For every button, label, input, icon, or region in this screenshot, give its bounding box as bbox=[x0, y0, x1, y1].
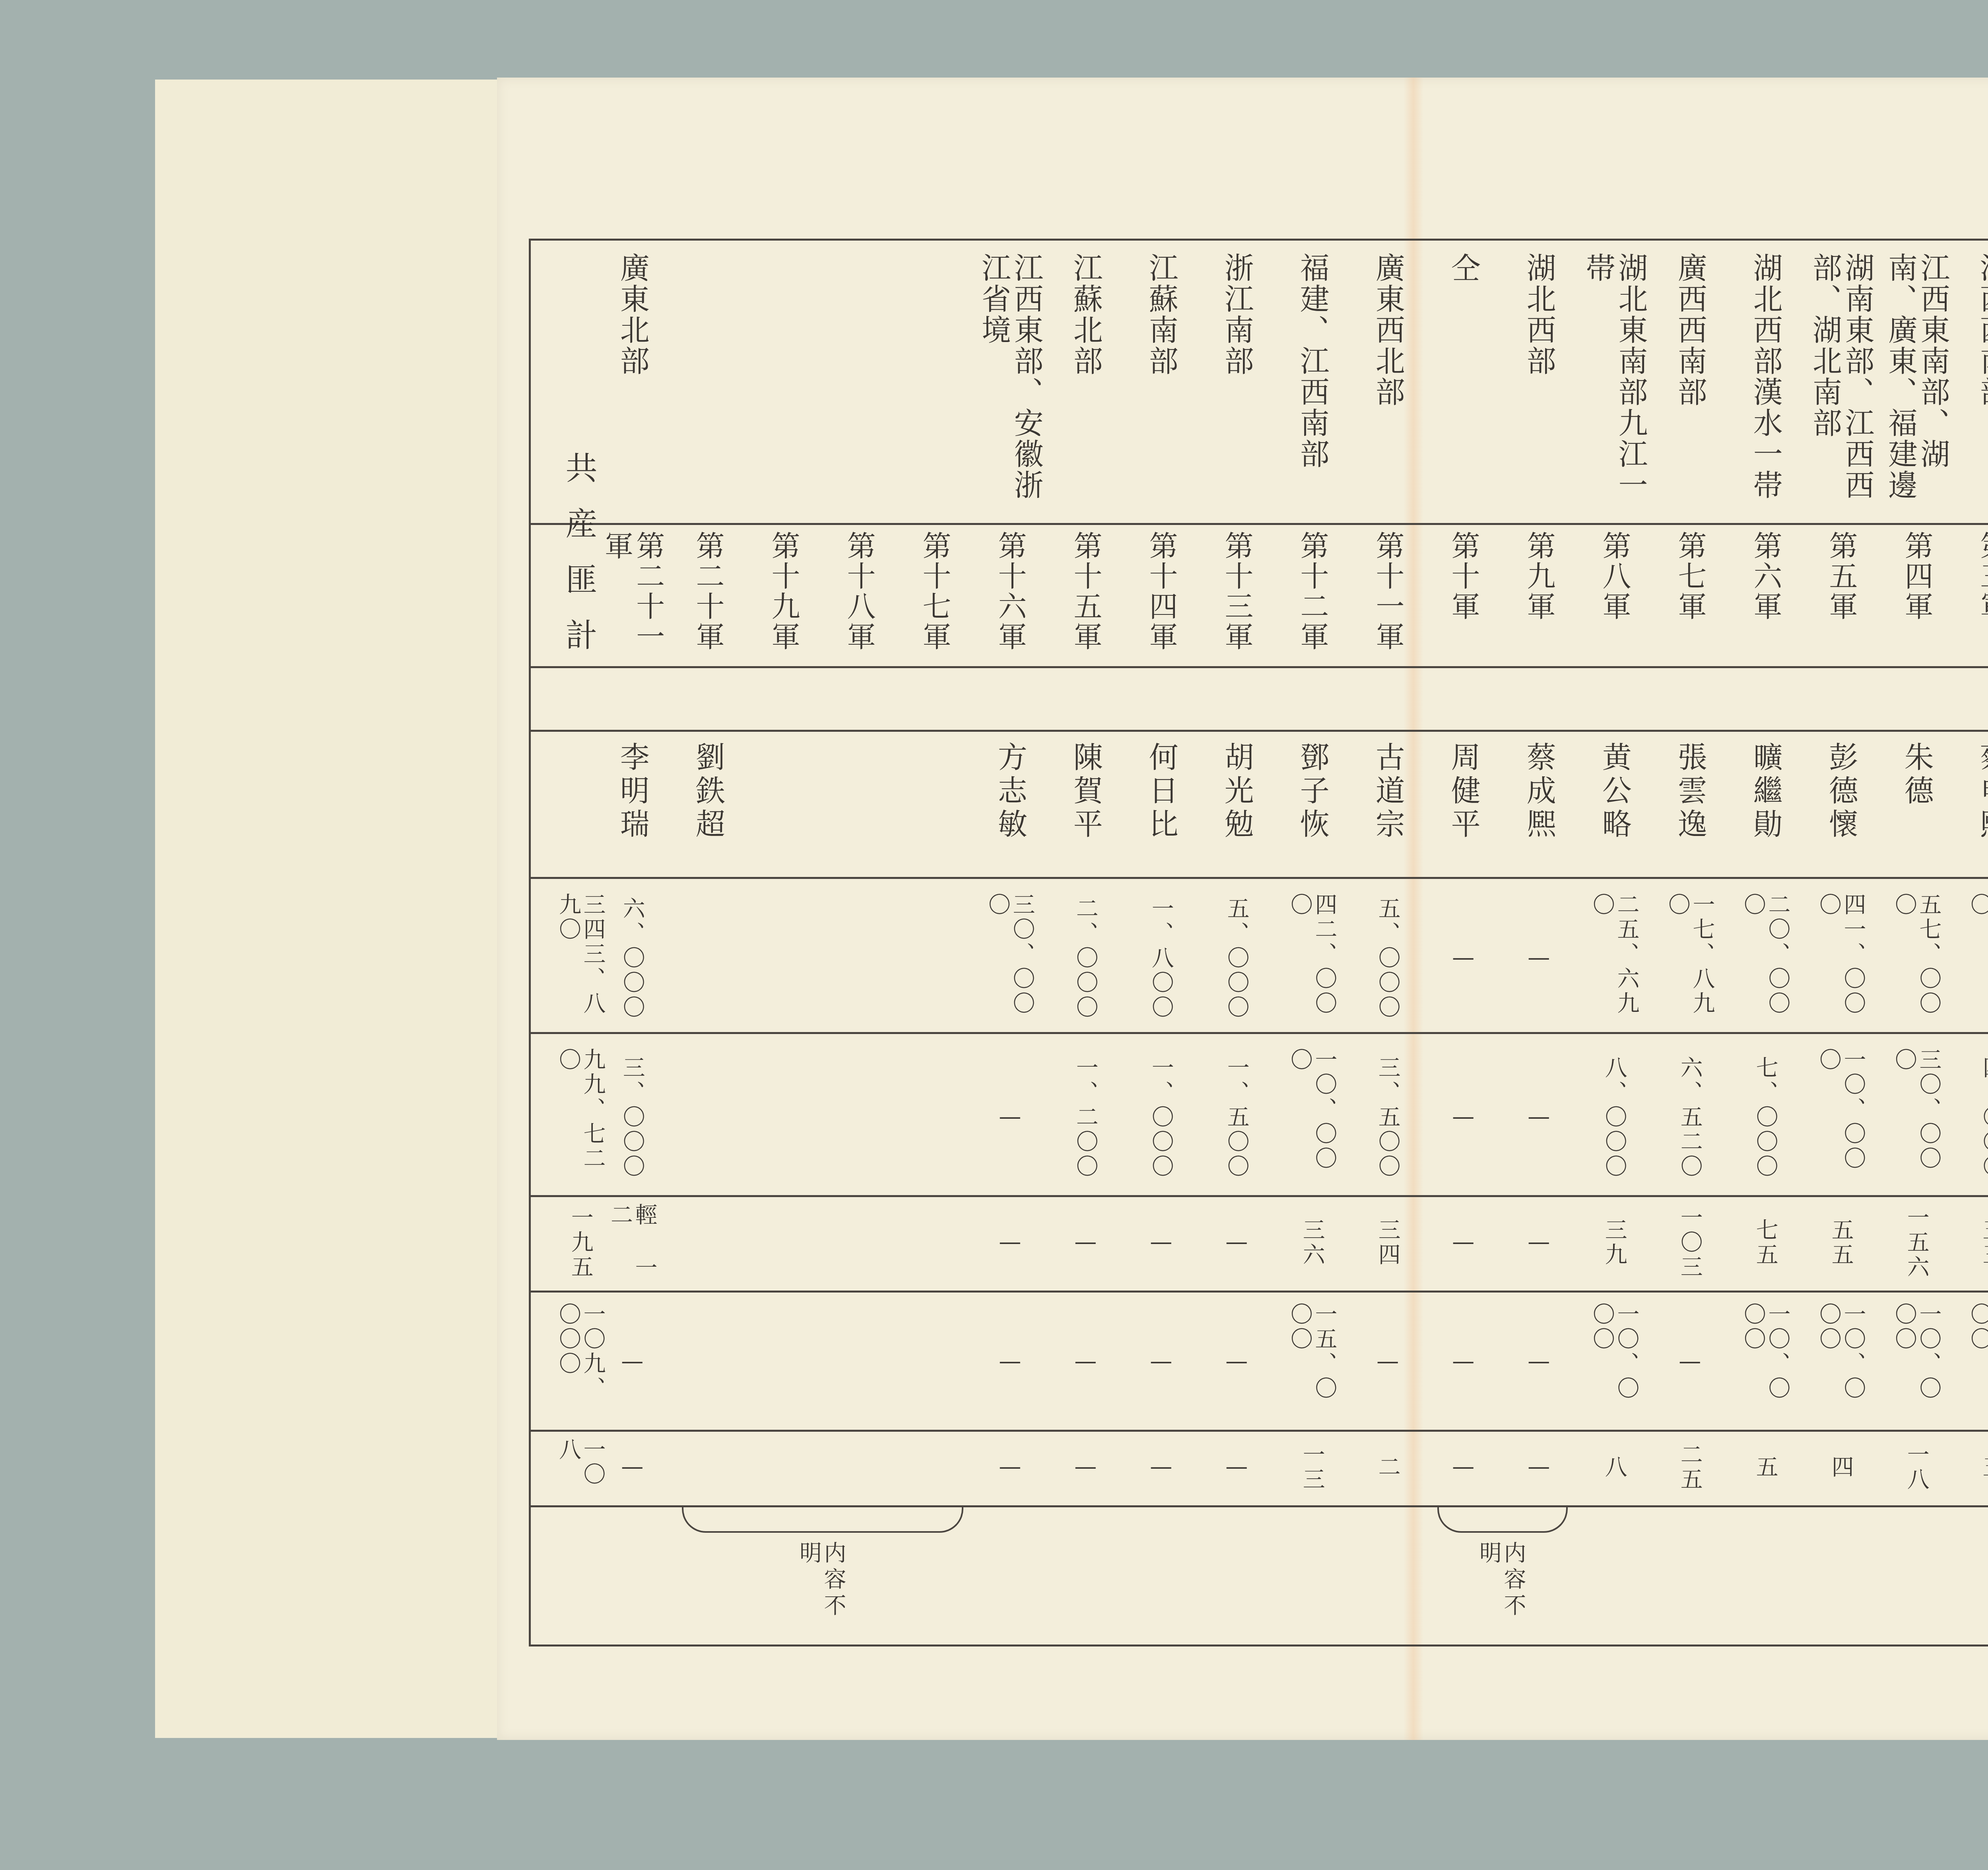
blank-left-page bbox=[155, 80, 513, 1738]
total-artillery: 一〇八 bbox=[547, 1438, 614, 1497]
row-unit: 第五軍 bbox=[1803, 531, 1879, 658]
row-commander bbox=[821, 742, 897, 865]
row-artillery: 一八 bbox=[1879, 1438, 1954, 1497]
row-artillery: — bbox=[1123, 1438, 1199, 1497]
row-unit: 第二十軍 bbox=[670, 531, 745, 658]
row-heavy-mg: 七五 bbox=[1728, 1203, 1803, 1283]
row-personnel: 二八、〇〇〇 bbox=[1954, 893, 1988, 1024]
row-location: 福建、江西南部 bbox=[1274, 253, 1350, 511]
row-location: 江西東南部、湖南、廣東、福建邊 bbox=[1879, 253, 1954, 511]
row-divider bbox=[531, 877, 1988, 879]
row-location: 江西西南部 bbox=[1954, 253, 1988, 511]
row-small-arms: — bbox=[1501, 1048, 1576, 1187]
row-artillery: — bbox=[1425, 1438, 1501, 1497]
row-heavy-mg bbox=[897, 1203, 972, 1283]
row-small-arms bbox=[821, 1048, 897, 1187]
row-personnel: — bbox=[1425, 893, 1501, 1024]
row-light-mg bbox=[745, 1302, 821, 1422]
remark-note: 内容不明 bbox=[797, 1541, 845, 1645]
row-heavy-mg: — bbox=[1425, 1203, 1501, 1283]
row-artillery: 八 bbox=[1576, 1438, 1652, 1497]
row-light-mg: 一五、〇〇〇 bbox=[1274, 1302, 1350, 1422]
row-small-arms: 一、五〇〇 bbox=[1199, 1048, 1274, 1187]
row-personnel: 五、〇〇〇 bbox=[1350, 893, 1425, 1024]
row-location bbox=[897, 253, 972, 511]
row-heavy-mg: 五五 bbox=[1803, 1203, 1879, 1283]
row-commander: 彭德懷 bbox=[1803, 742, 1879, 865]
row-personnel: 四二、〇〇〇 bbox=[1274, 893, 1350, 1024]
row-location: 浙江南部 bbox=[1199, 253, 1274, 511]
row-light-mg bbox=[897, 1302, 972, 1422]
row-heavy-mg: — bbox=[1199, 1203, 1274, 1283]
row-personnel: 二〇、〇〇〇 bbox=[1728, 893, 1803, 1024]
row-unit: 第八軍 bbox=[1576, 531, 1652, 658]
row-personnel: — bbox=[1501, 893, 1576, 1024]
row-unit: 第十九軍 bbox=[745, 531, 821, 658]
row-light-mg: — bbox=[1652, 1302, 1728, 1422]
row-artillery bbox=[897, 1438, 972, 1497]
row-heavy-mg bbox=[670, 1203, 745, 1283]
row-small-arms: 三、五〇〇 bbox=[1350, 1048, 1425, 1187]
row-location: 廣東西北部 bbox=[1350, 253, 1425, 511]
row-commander: 張雲逸 bbox=[1652, 742, 1728, 865]
row-small-arms: 四、〇〇〇 bbox=[1954, 1048, 1988, 1187]
row-unit: 第七軍 bbox=[1652, 531, 1728, 658]
row-artillery bbox=[821, 1438, 897, 1497]
row-light-mg: — bbox=[972, 1302, 1048, 1422]
row-artillery: 二 bbox=[1350, 1438, 1425, 1497]
row-personnel: 一七、八九〇 bbox=[1652, 893, 1728, 1024]
row-heavy-mg: 五三 bbox=[1954, 1203, 1988, 1283]
total-light-mg: 一〇九、〇〇〇 bbox=[547, 1302, 614, 1422]
row-commander: 何日比 bbox=[1123, 742, 1199, 865]
row-divider bbox=[531, 1032, 1988, 1034]
row-artillery bbox=[670, 1438, 745, 1497]
row-heavy-mg: 三九 bbox=[1576, 1203, 1652, 1283]
row-small-arms: 一、二〇〇 bbox=[1048, 1048, 1123, 1187]
row-location: 湖北西部 bbox=[1501, 253, 1576, 511]
row-location: 湖北西部漢水一帯 bbox=[1728, 253, 1803, 511]
row-artillery: 一三 bbox=[1274, 1438, 1350, 1497]
row-light-mg: 一〇、〇〇〇 bbox=[1879, 1302, 1954, 1422]
row-small-arms bbox=[897, 1048, 972, 1187]
row-commander: 黄公略 bbox=[1576, 742, 1652, 865]
row-commander: 周健平 bbox=[1425, 742, 1501, 865]
row-artillery: — bbox=[1199, 1438, 1274, 1497]
total-small-arms: 九九、七二〇 bbox=[547, 1048, 614, 1187]
row-heavy-mg: 三六 bbox=[1274, 1203, 1350, 1283]
row-commander: 劉鉄超 bbox=[670, 742, 745, 865]
row-unit: 第六軍 bbox=[1728, 531, 1803, 658]
row-light-mg: — bbox=[1048, 1302, 1123, 1422]
row-location: 江蘇北部 bbox=[1048, 253, 1123, 511]
row-divider bbox=[531, 730, 1988, 732]
row-personnel: 四一、〇〇〇 bbox=[1803, 893, 1879, 1024]
row-location: 湖北東南部九江一帯 bbox=[1576, 253, 1652, 511]
row-unit: 第十六軍 bbox=[972, 531, 1048, 658]
row-heavy-mg bbox=[745, 1203, 821, 1283]
row-unit: 第十八軍 bbox=[821, 531, 897, 658]
row-commander: 古道宗 bbox=[1350, 742, 1425, 865]
row-location bbox=[670, 253, 745, 511]
row-small-arms: — bbox=[1425, 1048, 1501, 1187]
row-unit: 第九軍 bbox=[1501, 531, 1576, 658]
row-commander: 蔡成熈 bbox=[1501, 742, 1576, 865]
row-personnel: 二、〇〇〇 bbox=[1048, 893, 1123, 1024]
total-heavy-mg: 一九五 bbox=[547, 1203, 614, 1283]
row-light-mg: — bbox=[1501, 1302, 1576, 1422]
row-personnel: 三〇、〇〇〇 bbox=[972, 893, 1048, 1024]
row-unit: 第十五軍 bbox=[1048, 531, 1123, 658]
row-divider bbox=[531, 666, 1988, 668]
row-artillery: 二五 bbox=[1652, 1438, 1728, 1497]
row-location: 仝 bbox=[1425, 253, 1501, 511]
row-artillery: — bbox=[1048, 1438, 1123, 1497]
row-unit: 第三軍 bbox=[1954, 531, 1988, 658]
row-heavy-mg: — bbox=[972, 1203, 1048, 1283]
row-light-mg: — bbox=[1123, 1302, 1199, 1422]
row-commander: 曠繼勛 bbox=[1728, 742, 1803, 865]
row-light-mg bbox=[821, 1302, 897, 1422]
total-personnel: 三四三、八九〇 bbox=[547, 893, 614, 1024]
row-divider bbox=[531, 523, 1988, 525]
row-personnel bbox=[897, 893, 972, 1024]
row-small-arms: — bbox=[972, 1048, 1048, 1187]
row-artillery: 四 bbox=[1803, 1438, 1879, 1497]
row-personnel bbox=[821, 893, 897, 1024]
row-personnel bbox=[745, 893, 821, 1024]
row-light-mg: 一五、〇〇〇 bbox=[1954, 1302, 1988, 1422]
row-light-mg: 一〇、〇〇〇 bbox=[1803, 1302, 1879, 1422]
row-commander: 鄧子恢 bbox=[1274, 742, 1350, 865]
row-artillery: — bbox=[972, 1438, 1048, 1497]
remark-note: 内容不明 bbox=[1477, 1541, 1525, 1645]
row-light-mg: — bbox=[1425, 1302, 1501, 1422]
row-heavy-mg: — bbox=[1048, 1203, 1123, 1283]
row-small-arms bbox=[670, 1048, 745, 1187]
row-artillery: 五 bbox=[1954, 1438, 1988, 1497]
row-unit: 第十三軍 bbox=[1199, 531, 1274, 658]
row-divider bbox=[531, 1195, 1988, 1197]
row-small-arms: 八、〇〇〇 bbox=[1576, 1048, 1652, 1187]
row-personnel bbox=[670, 893, 745, 1024]
row-small-arms: 一〇、〇〇〇 bbox=[1274, 1048, 1350, 1187]
row-personnel: 一、八〇〇 bbox=[1123, 893, 1199, 1024]
row-location bbox=[821, 253, 897, 511]
row-small-arms: 一、〇〇〇 bbox=[1123, 1048, 1199, 1187]
row-small-arms: 七、〇〇〇 bbox=[1728, 1048, 1803, 1187]
row-artillery: 五 bbox=[1728, 1438, 1803, 1497]
row-personnel: 五、〇〇〇 bbox=[1199, 893, 1274, 1024]
row-small-arms: 一〇、〇〇〇 bbox=[1803, 1048, 1879, 1187]
row-personnel: 二五、六九〇 bbox=[1576, 893, 1652, 1024]
row-small-arms: 三〇、〇〇〇 bbox=[1879, 1048, 1954, 1187]
row-divider bbox=[531, 1430, 1988, 1432]
row-unit: 第四軍 bbox=[1879, 531, 1954, 658]
row-heavy-mg: 三四 bbox=[1350, 1203, 1425, 1283]
row-light-mg: 一〇、〇〇〇 bbox=[1728, 1302, 1803, 1422]
row-heavy-mg: 一五六 bbox=[1879, 1203, 1954, 1283]
row-heavy-mg: — bbox=[1123, 1203, 1199, 1283]
row-heavy-mg: — bbox=[1501, 1203, 1576, 1283]
row-heavy-mg: 一〇三 bbox=[1652, 1203, 1728, 1283]
row-unit: 第十七軍 bbox=[897, 531, 972, 658]
row-commander: 胡光勉 bbox=[1199, 742, 1274, 865]
row-divider bbox=[531, 1291, 1988, 1293]
row-light-mg: 一〇、〇〇〇 bbox=[1576, 1302, 1652, 1422]
row-location: 湖南東部、江西西部、湖北南部 bbox=[1803, 253, 1879, 511]
row-commander: 陳賀平 bbox=[1048, 742, 1123, 865]
remark-bracket bbox=[682, 1507, 963, 1533]
row-unit: 第十二軍 bbox=[1274, 531, 1350, 658]
row-light-mg: — bbox=[1350, 1302, 1425, 1422]
communist-army-table: 所在地隊號司令部所在地隊長人員小銃重機輕機、迫擊砲、槍刀火砲摘要湖北、湖南安徽省… bbox=[529, 239, 1988, 1646]
row-small-arms: 六、五二〇 bbox=[1652, 1048, 1728, 1187]
row-location bbox=[745, 253, 821, 511]
row-location: 江西東部、安徽浙江省境 bbox=[972, 253, 1048, 511]
row-light-mg bbox=[670, 1302, 745, 1422]
row-commander: 朱德 bbox=[1879, 742, 1954, 865]
row-small-arms bbox=[745, 1048, 821, 1187]
row-unit: 第十軍 bbox=[1425, 531, 1501, 658]
remark-bracket bbox=[1437, 1507, 1568, 1533]
row-location: 廣西西南部 bbox=[1652, 253, 1728, 511]
row-commander bbox=[897, 742, 972, 865]
row-commander: 蔡申熙 bbox=[1954, 742, 1988, 865]
row-heavy-mg bbox=[821, 1203, 897, 1283]
row-unit: 第十四軍 bbox=[1123, 531, 1199, 658]
row-unit: 第十一軍 bbox=[1350, 531, 1425, 658]
row-commander: 方志敏 bbox=[972, 742, 1048, 865]
row-artillery bbox=[745, 1438, 821, 1497]
row-location: 江蘇南部 bbox=[1123, 253, 1199, 511]
row-light-mg: — bbox=[1199, 1302, 1274, 1422]
row-commander bbox=[745, 742, 821, 865]
row-personnel: 五七、〇〇〇 bbox=[1879, 893, 1954, 1024]
row-artillery: — bbox=[1501, 1438, 1576, 1497]
